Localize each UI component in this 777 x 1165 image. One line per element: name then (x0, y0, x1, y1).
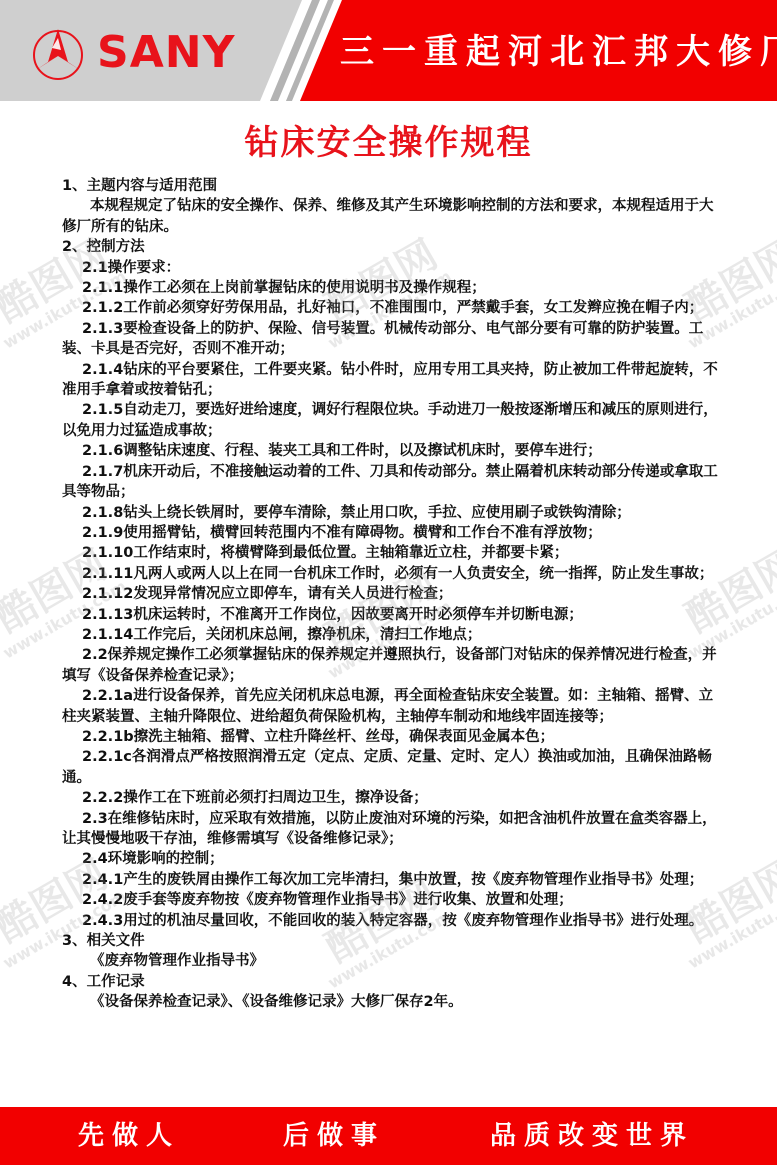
slogan-1: 先做人 (78, 1119, 180, 1153)
section-heading: 1、主题内容与适用范围 (62, 176, 722, 196)
section-heading: 4、工作记录 (62, 972, 722, 992)
clause-paragraph: 2.1.11凡两人或两人以上在同一台机床工作时，必须有一人负责安全，统一指挥，防… (62, 564, 722, 584)
clause-paragraph: 本规程规定了钻床的安全操作、保养、维修及其产生环境影响控制的方法和要求，本规程适… (62, 196, 722, 237)
sany-logo-icon (30, 26, 86, 82)
header-banner: SANY 三一重起河北汇邦大修厂 (0, 0, 777, 101)
clause-paragraph: 2.4环境影响的控制； (62, 849, 722, 869)
clause-paragraph: 2.1.6调整钻床速度、行程、装夹工具和工件时，以及擦试机床时，要停车进行； (62, 441, 722, 461)
clause-paragraph: 《设备保养检查记录》、《设备维修记录》大修厂保存2年。 (62, 992, 722, 1012)
clause-paragraph: 2.2.1a进行设备保养，首先应关闭机床总电源，再全面检查钻床安全装置。如：主轴… (62, 686, 722, 727)
brand-name: SANY (97, 27, 235, 79)
clause-paragraph: 2.1.12发现异常情况应立即停车，请有关人员进行检查； (62, 584, 722, 604)
slogan-3: 品质改变世界 (490, 1119, 694, 1153)
slogan-2: 后做事 (283, 1119, 385, 1153)
document-title: 钻床安全操作规程 (0, 120, 777, 166)
clause-paragraph: 2.2保养规定操作工必须掌握钻床的保养规定并遵照执行，设备部门对钻床的保养情况进… (62, 645, 722, 686)
company-name: 三一重起河北汇邦大修厂 (340, 30, 777, 74)
clause-paragraph: 2.1.8钻头上绕长铁屑时，要停车清除，禁止用口吹，手拉、应使用刷子或铁钩清除； (62, 503, 722, 523)
document-body: 1、主题内容与适用范围本规程规定了钻床的安全操作、保养、维修及其产生环境影响控制… (62, 176, 722, 1013)
clause-paragraph: 2.1.13机床运转时，不准离开工作岗位，因故要离开时必须停车并切断电源； (62, 605, 722, 625)
clause-paragraph: 2.1.4钻床的平台要紧住，工件要夹紧。钻小件时，应用专用工具夹持，防止被加工件… (62, 360, 722, 401)
footer-banner: 先做人 后做事 品质改变世界 (0, 1107, 777, 1165)
clause-paragraph: 2.1.3要检查设备上的防护、保险、信号装置。机械传动部分、电气部分要有可靠的防… (62, 319, 722, 360)
clause-paragraph: 《废弃物管理作业指导书》 (62, 951, 722, 971)
clause-paragraph: 2.3在维修钻床时，应采取有效措施，以防止废油对环境的污染，如把含油机件放置在盒… (62, 809, 722, 850)
clause-paragraph: 2.4.1产生的废铁屑由操作工每次加工完毕清扫，集中放置，按《废弃物管理作业指导… (62, 870, 722, 890)
clause-paragraph: 2.1.5自动走刀，要选好进给速度，调好行程限位块。手动进刀一般按逐渐增压和减压… (62, 400, 722, 441)
section-heading: 2、控制方法 (62, 237, 722, 257)
clause-paragraph: 2.1.2工作前必须穿好劳保用品，扎好袖口，不准围围巾，严禁戴手套，女工发辫应挽… (62, 298, 722, 318)
clause-paragraph: 2.1操作要求： (62, 258, 722, 278)
clause-paragraph: 2.4.2废手套等废弃物按《废弃物管理作业指导书》进行收集、放置和处理； (62, 890, 722, 910)
clause-paragraph: 2.2.1b擦洗主轴箱、摇臂、立柱升降丝杆、丝母，确保表面见金属本色； (62, 727, 722, 747)
clause-paragraph: 2.1.9使用摇臂钻，横臂回转范围内不准有障碍物。横臂和工作台不准有浮放物； (62, 523, 722, 543)
clause-paragraph: 2.4.3用过的机油尽量回收，不能回收的装入特定容器，按《废弃物管理作业指导书》… (62, 911, 722, 931)
section-heading: 3、相关文件 (62, 931, 722, 951)
clause-paragraph: 2.1.7机床开动后，不准接触运动着的工件、刀具和传动部分。禁止隔着机床转动部分… (62, 462, 722, 503)
clause-paragraph: 2.1.10工作结束时，将横臂降到最低位置。主轴箱靠近立柱，并都要卡紧； (62, 543, 722, 563)
clause-paragraph: 2.1.1操作工必须在上岗前掌握钻床的使用说明书及操作规程； (62, 278, 722, 298)
clause-paragraph: 2.2.1c各润滑点严格按照润滑五定（定点、定质、定量、定时、定人）换油或加油，… (62, 747, 722, 788)
clause-paragraph: 2.1.14工作完后，关闭机床总闸，擦净机床，清扫工作地点； (62, 625, 722, 645)
clause-paragraph: 2.2.2操作工在下班前必须打扫周边卫生，擦净设备； (62, 788, 722, 808)
